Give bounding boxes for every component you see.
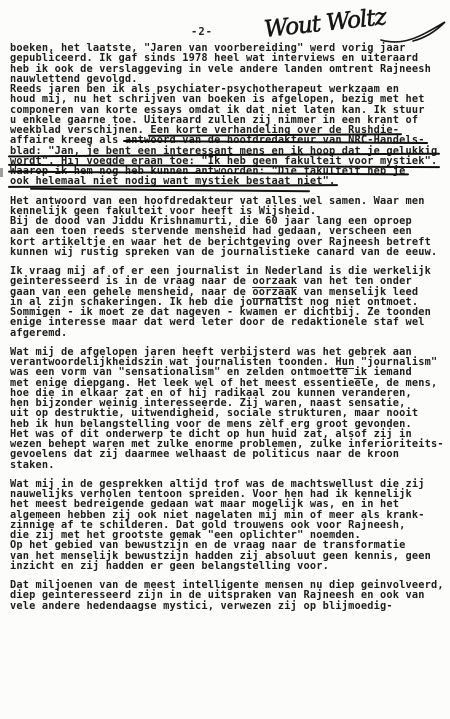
margin-tick-mark bbox=[0, 168, 3, 177]
paragraph: Het antwoord van een hoofdredakteur vat … bbox=[10, 196, 446, 258]
text-line: enige interesse maar dat werd leter door… bbox=[10, 317, 446, 327]
paragraph: Wat mij de afgelopen jaren heeft verbijs… bbox=[10, 347, 446, 470]
text-line: vele andere hedendaagse mystici, verweze… bbox=[10, 601, 446, 611]
text-line: afgeremd. bbox=[10, 328, 446, 338]
paragraph: Wat mij in de gesprekken altijd trof was… bbox=[10, 479, 446, 571]
text-segment: inzicht en zij hadden er geen belangstel… bbox=[10, 560, 329, 572]
ink-underlined-text: antwoord van de hoofdredakteur van NRC-H… bbox=[125, 135, 425, 145]
paragraph: Ik vraag mij af of er een journalist in … bbox=[10, 266, 446, 338]
text-segment: gevoelens dat zij daarmee welhaast de po… bbox=[10, 448, 399, 460]
text-line: kunnen wij rustig spreken van de journal… bbox=[10, 247, 446, 257]
handwritten-name-text: Wout Woltz bbox=[263, 4, 389, 43]
text-segment: afgeremd. bbox=[10, 327, 67, 339]
page-number: -2- bbox=[191, 26, 213, 38]
letter-body-text: boeken, het laatste, "Jaren van voorbere… bbox=[10, 43, 446, 620]
text-segment: enige interesse maar dat werd leter door… bbox=[10, 316, 425, 328]
ink-underlined-text: ook helemaal niet nodig want mystiek bes… bbox=[10, 176, 335, 186]
text-line: inzicht en zij hadden er geen belangstel… bbox=[10, 561, 446, 571]
text-line: affaire kreeg als antwoord van de hoofdr… bbox=[10, 135, 446, 145]
pen-flourish bbox=[381, 22, 445, 42]
paragraph: Dat miljoenen van de meest intelligente … bbox=[10, 580, 446, 611]
text-segment: vele andere hedendaagse mystici, verweze… bbox=[10, 600, 393, 612]
text-line: staken. bbox=[10, 460, 446, 470]
text-line: gevoelens dat zij daarmee welhaast de po… bbox=[10, 449, 446, 459]
paragraph: boeken, het laatste, "Jaren van voorbere… bbox=[10, 43, 446, 187]
scanned-letter-page: -2- Wout Woltz boeken, het laatste, "Jar… bbox=[0, 0, 450, 719]
text-line: ook helemaal niet nodig want mystiek bes… bbox=[10, 176, 446, 186]
text-segment: kunnen wij rustig spreken van de journal… bbox=[10, 246, 437, 258]
text-segment: staken. bbox=[10, 459, 55, 471]
